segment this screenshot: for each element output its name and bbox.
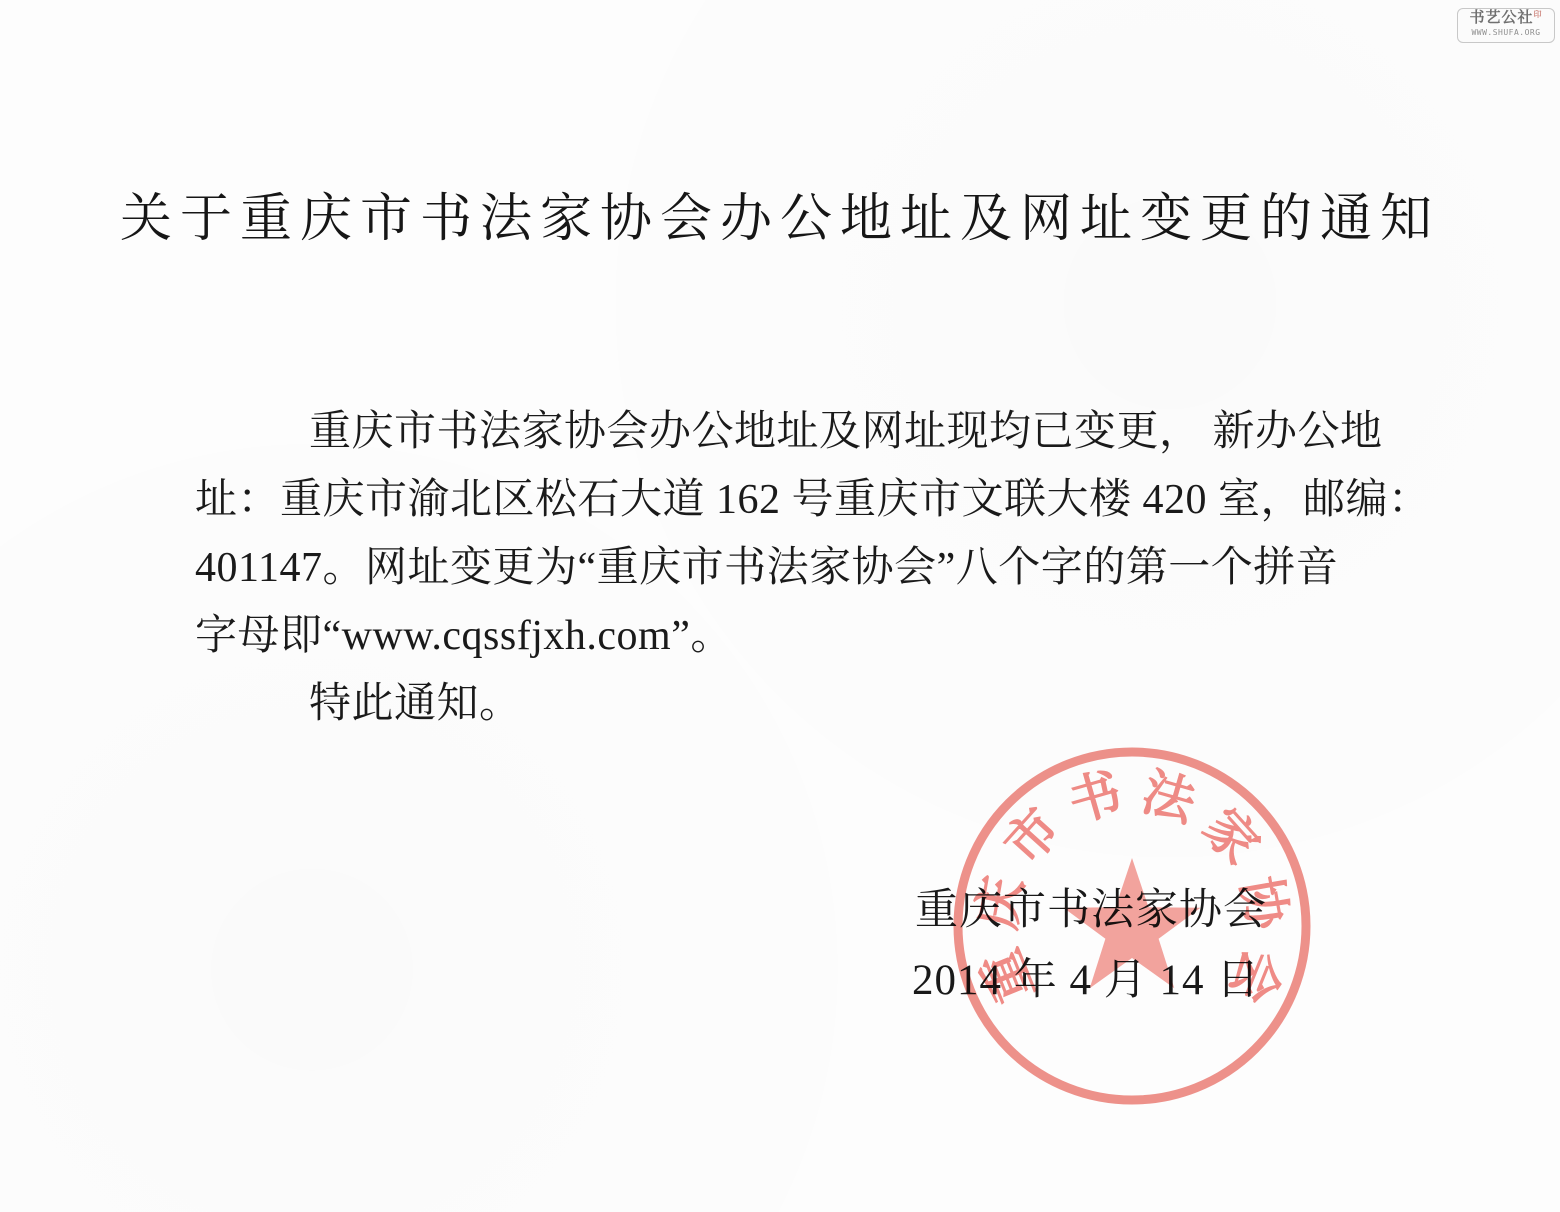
shufa-logo-label: 书艺公社 xyxy=(1469,10,1533,26)
seal-char-1: 重 xyxy=(972,941,1045,1011)
seal-char-5: 法 xyxy=(1136,763,1203,833)
seal-char-4: 书 xyxy=(1062,763,1128,833)
body-line-3: 401147。网址变更为“重庆市书法家协会”八个字的第一个拼音 xyxy=(195,534,1375,602)
seal-star-icon xyxy=(1064,858,1201,988)
shufa-logo-text: 书艺公社印 xyxy=(1458,11,1554,26)
seal-char-8: 会 xyxy=(1219,941,1292,1011)
notice-title: 关于重庆市书法家协会办公地址及网址变更的通知 xyxy=(0,176,1560,251)
body-line-2: 址：重庆市渝北区松石大道 162 号重庆市文联大楼 420 室，邮编： xyxy=(195,466,1375,534)
seal-char-7: 协 xyxy=(1230,872,1296,935)
seal-char-2: 庆 xyxy=(968,872,1034,933)
body-line-1: 重庆市书法家协会办公地址及网址现均已变更， 新办公地 xyxy=(195,398,1375,466)
body-line-5: 特此通知。 xyxy=(195,670,1375,738)
official-seal-stamp: 重 庆 市 书 法 家 协 会 xyxy=(950,744,1314,1108)
body-line-4: 字母即“www.cqssfjxh.com”。 xyxy=(195,602,1375,670)
shufa-watermark: 书艺公社印 WWW.SHUFA.ORG xyxy=(1457,8,1555,43)
shufa-mini-seal-icon: 印 xyxy=(1534,10,1543,19)
notice-body: 重庆市书法家协会办公地址及网址现均已变更， 新办公地 址：重庆市渝北区松石大道 … xyxy=(195,398,1375,738)
shufa-url-text: WWW.SHUFA.ORG xyxy=(1458,29,1554,37)
scanned-notice-page: 书艺公社印 WWW.SHUFA.ORG 关于重庆市书法家协会办公地址及网址变更的… xyxy=(0,0,1560,1212)
